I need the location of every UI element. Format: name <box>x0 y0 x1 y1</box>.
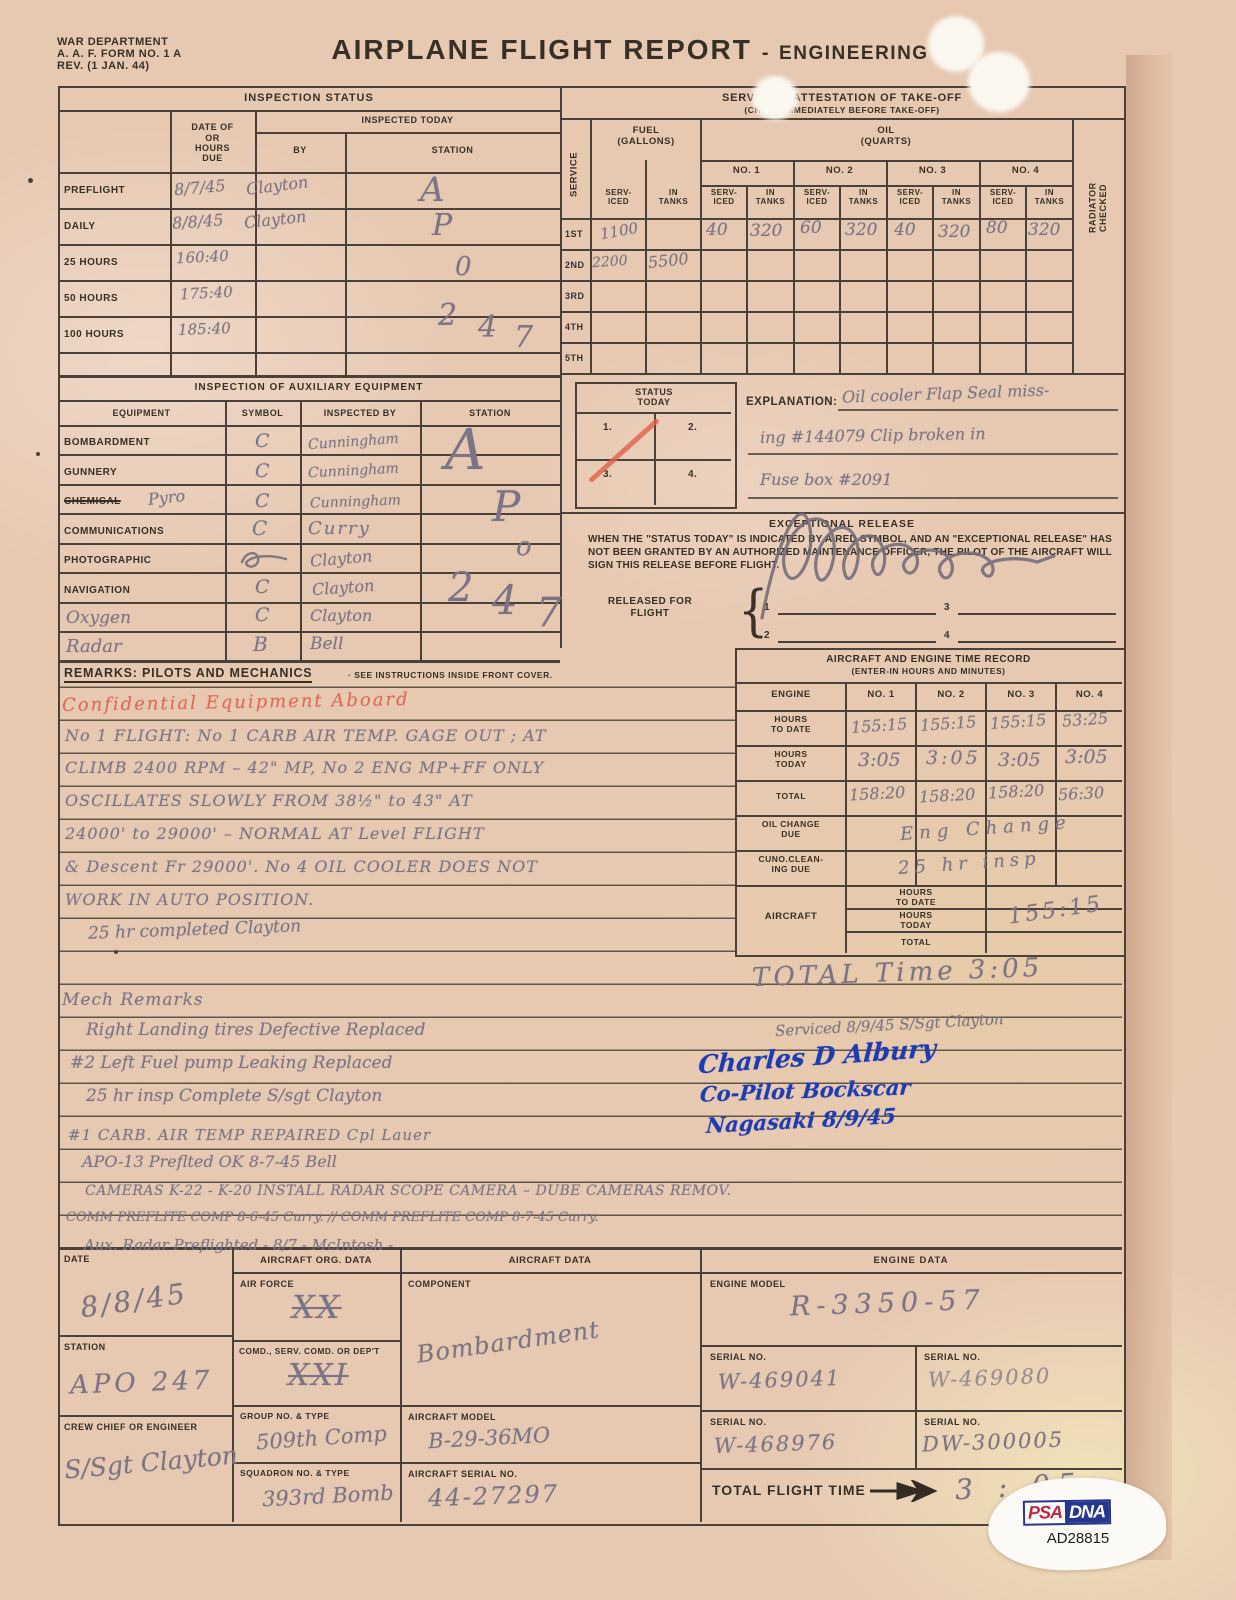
hours-today-entry: 3:05 <box>858 749 901 771</box>
fuel-in-tanks-label: IN TANKS <box>647 188 700 206</box>
grid-line <box>915 1345 917 1468</box>
aux-row-photographic: PHOTOGRAPHIC <box>64 555 152 567</box>
oil-engine-3: NO. 3 <box>886 166 979 177</box>
row-cuno-cleaning-due: CUNO.CLEAN- ING DUE <box>737 855 845 875</box>
aux-inspected-by: Bell <box>310 634 343 654</box>
grid-line <box>58 484 560 486</box>
row-hours-to-date: HOURS TO DATE <box>737 715 845 735</box>
inspection-status-title: INSPECTION STATUS <box>58 92 560 105</box>
grid-line <box>58 602 560 604</box>
col-station: STATION <box>345 145 560 155</box>
aux-title: INSPECTION OF AUXILIARY EQUIPMENT <box>58 382 560 394</box>
grid-line <box>560 280 1072 282</box>
grid-line <box>746 185 748 373</box>
aircraft-total-label: TOTAL <box>847 938 985 948</box>
aircraft-serial-entry: 44-27297 <box>428 1480 560 1513</box>
grid-line <box>400 1462 700 1464</box>
station-label: STATION <box>64 1342 106 1352</box>
status-cell-1: 1. <box>603 422 612 434</box>
grid-line <box>345 132 347 375</box>
aux-row-communications: COMMUNICATIONS <box>64 526 164 538</box>
grid-line <box>58 543 560 545</box>
grid-line <box>232 1462 400 1464</box>
oil-engine-2: NO. 2 <box>793 166 886 177</box>
grid-line <box>58 572 560 574</box>
grid-line <box>560 373 1124 375</box>
rule-line <box>958 641 1116 643</box>
serial-no-label: SERIAL NO. <box>710 1417 766 1427</box>
grid-line <box>560 342 1072 344</box>
flight-report-scan: { "header": { "agency": "WAR DEPARTMENT"… <box>0 0 1236 1600</box>
time-record-subtitle: (ENTER-IN HOURS AND MINUTES) <box>737 667 1120 677</box>
pilot-signature-scrawl <box>732 458 1082 638</box>
service-row-4th: 4TH <box>565 322 584 332</box>
chemical-pyro-note: Pyro <box>147 486 186 509</box>
fuel-header: FUEL (GALLONS) <box>592 126 700 148</box>
grid-line <box>255 132 560 134</box>
oil4-serviced-label: SERV- ICED <box>981 188 1025 206</box>
remarks-line: OSCILLATES SLOWLY FROM 38½" to 43" AT <box>65 791 473 810</box>
grid-line <box>737 682 1122 684</box>
row-oil-change-due: OIL CHANGE DUE <box>737 820 845 840</box>
grid-line <box>737 780 1122 782</box>
paper-hole <box>752 76 798 120</box>
grid-line <box>232 1247 234 1522</box>
time-col-no2: NO. 2 <box>917 690 985 701</box>
aux-row-chemical: CHEMICAL <box>64 496 121 508</box>
lower-note-2: APO-13 Preflted OK 8-7-45 Bell <box>82 1152 337 1171</box>
aircraft-hours-today-label: HOURS TODAY <box>847 911 985 931</box>
grid-line <box>58 1415 232 1417</box>
col-by: BY <box>255 145 345 155</box>
remarks-title: REMARKS: PILOTS AND MECHANICS <box>64 666 312 683</box>
total-entry: 158:20 <box>849 783 906 805</box>
aux-station-char: 7 <box>536 590 561 636</box>
form-number: A. A. F. FORM NO. 1 A <box>57 48 182 61</box>
photographic-symbol-scribble <box>238 548 290 572</box>
hours-to-date-entry: 155:15 <box>850 714 907 737</box>
row-50-hours: 50 HOURS <box>64 293 118 305</box>
grid-line <box>1055 682 1057 885</box>
aux-row-gunnery: GUNNERY <box>64 467 117 479</box>
aux-symbol: C <box>255 460 270 482</box>
col-date-of-hours-due: DATE OF OR HOURS DUE <box>170 116 255 170</box>
oil1-in-tanks-label: IN TANKS <box>748 188 793 206</box>
lower-note-5: Aux. Radar Preflighted - 8/7 - McIntosh … <box>84 1236 393 1254</box>
grid-line <box>590 118 592 373</box>
row-hours-today: HOURS TODAY <box>737 750 845 770</box>
fuel-serviced-label: SERV- ICED <box>592 188 645 206</box>
grid-line <box>1025 185 1027 373</box>
oil-entry: 320 <box>938 222 970 242</box>
total-flight-time-arrow-icon <box>868 1480 938 1502</box>
serial-no-label: SERIAL NO. <box>710 1352 766 1362</box>
service-col-label: SERVICE <box>562 128 588 220</box>
grid-line <box>400 1247 402 1522</box>
total-entry: 158:20 <box>988 781 1045 803</box>
oil-entry: 320 <box>1028 220 1060 240</box>
oil-entry: 60 <box>800 218 822 238</box>
aux-col-by: INSPECTED BY <box>300 408 420 418</box>
hours-today-entry: 3:05 <box>998 749 1041 771</box>
grid-line <box>700 185 1072 187</box>
grid-line <box>737 850 1122 852</box>
aux-row-bombardment: BOMBARDMENT <box>64 437 150 449</box>
engine-serial-3: W-468976 <box>714 1430 838 1458</box>
aux-symbol: C <box>255 576 270 598</box>
aux-row-radar: Radar <box>66 636 122 657</box>
grid-line <box>232 1272 1122 1274</box>
oil2-serviced-label: SERV- ICED <box>795 188 839 206</box>
grid-line <box>700 118 702 373</box>
remarks-line: CLIMB 2400 RPM – 42" MP, No 2 ENG MP+FF … <box>65 758 544 777</box>
aircraft-org-data-title: AIRCRAFT ORG. DATA <box>232 1256 400 1267</box>
explanation-label: EXPLANATION: <box>746 396 837 409</box>
crew-chief-label: CREW CHIEF OR ENGINEER <box>64 1422 198 1432</box>
grid-line <box>700 1410 1122 1412</box>
engine-model-label: ENGINE MODEL <box>710 1279 786 1289</box>
grid-line <box>58 172 560 174</box>
serial-no-label: SERIAL NO. <box>924 1352 980 1362</box>
grid-line <box>58 1335 232 1337</box>
station-digit: 4 <box>478 310 497 345</box>
oil-engine-1: NO. 1 <box>700 166 793 177</box>
grid-line <box>560 311 1072 313</box>
grid-line <box>58 244 560 246</box>
oil-entry: 40 <box>894 220 916 240</box>
rule-line <box>838 409 1118 411</box>
dna-logo-text: DNA <box>1065 1501 1109 1523</box>
group-label: GROUP NO. & TYPE <box>240 1412 330 1422</box>
aux-station-char: A <box>445 418 485 483</box>
aux-symbol: C <box>255 430 270 452</box>
aircraft-hours-to-date-label: HOURS TO DATE <box>847 888 985 908</box>
grid-line <box>232 1405 400 1407</box>
status-cell-4: 4. <box>688 469 697 481</box>
psa-dna-logo: PSA DNA <box>1023 1499 1111 1526</box>
grid-line <box>58 280 560 282</box>
remarks-line: 24000' to 29000' – NORMAL AT Level FLIGH… <box>65 824 485 843</box>
grid-line <box>420 400 422 660</box>
aircraft-model-label: AIRCRAFT MODEL <box>408 1412 496 1422</box>
row-100-hours: 100 HOURS <box>64 329 124 341</box>
remarks-subtitle: · SEE INSTRUCTIONS INSIDE FRONT COVER. <box>348 671 553 681</box>
comd-label: COMD., SERV. COMD. OR DEP'T <box>239 1347 380 1357</box>
grid-line <box>700 1247 702 1522</box>
grid-line <box>839 185 841 373</box>
date-label: DATE <box>64 1254 90 1264</box>
grid-line <box>560 118 1124 120</box>
hours-today-entry: 3:05 <box>1065 746 1108 768</box>
lower-note-3: CAMERAS K-22 - K-20 INSTALL RADAR SCOPE … <box>85 1183 732 1199</box>
aux-symbol: C <box>252 516 267 540</box>
engine-serial-4: DW-300005 <box>922 1428 1065 1457</box>
hours-100-entry: 185:40 <box>178 319 231 339</box>
grid-line <box>577 459 731 461</box>
page-title-suffix: ENGINEERING <box>779 43 929 65</box>
remarks-line: WORK IN AUTO POSITION. <box>65 890 314 909</box>
aux-station-char: 2 <box>448 565 473 611</box>
aux-row-navigation: NAVIGATION <box>64 585 130 597</box>
engine-serial-1: W-469041 <box>718 1366 842 1394</box>
service-row-3rd: 3RD <box>565 291 585 301</box>
aux-inspected-by: Curry <box>308 518 371 539</box>
form-agency: WAR DEPARTMENT <box>57 36 168 49</box>
aircraft-data-title: AIRCRAFT DATA <box>400 1256 700 1267</box>
air-force-label: AIR FORCE <box>240 1279 294 1289</box>
paper-speck <box>36 452 40 456</box>
aux-col-station: STATION <box>420 408 560 418</box>
grid-line <box>300 400 302 660</box>
preflight-station-entry: A <box>420 170 445 210</box>
grid-line <box>58 208 560 210</box>
aux-inspected-by: Clayton <box>310 606 372 625</box>
aux-inspected-by: Cunningham <box>310 492 401 511</box>
aux-col-symbol: SYMBOL <box>225 408 300 418</box>
grid-line <box>225 400 227 660</box>
mech-line-3: 25 hr insp Complete S/sgt Clayton <box>86 1086 382 1106</box>
daily-station-entry: P <box>432 208 452 243</box>
aux-symbol: C <box>255 604 270 626</box>
col-inspected-today: INSPECTED TODAY <box>255 115 560 125</box>
component-label: COMPONENT <box>408 1279 471 1289</box>
row-daily: DAILY <box>64 221 96 233</box>
lower-note-1: #1 CARB. AIR TEMP REPAIRED Cpl Lauer <box>68 1126 431 1144</box>
psa-logo-text: PSA <box>1025 1502 1065 1524</box>
grid-line <box>58 400 560 402</box>
oil-entry: 320 <box>750 221 782 241</box>
engine-data-title: ENGINE DATA <box>700 1256 1122 1267</box>
aux-row-oxygen: Oxygen <box>66 608 131 628</box>
grid-line <box>232 1340 400 1342</box>
comd-entry: XXI <box>288 1358 349 1393</box>
total-flight-time-label: TOTAL FLIGHT TIME <box>712 1482 866 1498</box>
engine-serial-2: W-469080 <box>928 1364 1052 1392</box>
hours-25-entry: 160:40 <box>176 247 230 268</box>
aircraft-serial-label: AIRCRAFT SERIAL NO. <box>408 1469 517 1479</box>
station-digit: 2 <box>438 298 457 333</box>
station-digit: 0 <box>455 252 472 282</box>
oil3-in-tanks-label: IN TANKS <box>934 188 979 206</box>
paper-hole <box>968 52 1030 112</box>
oil4-in-tanks-label: IN TANKS <box>1027 188 1072 206</box>
remarks-line: & Descent Fr 29000'. No 4 OIL COOLER DOE… <box>65 857 538 876</box>
status-cell-2: 2. <box>688 422 697 434</box>
rule-line <box>778 641 936 643</box>
oil-entry: 40 <box>706 220 728 240</box>
aux-station-char: P <box>492 482 520 531</box>
oil-engine-4: NO. 4 <box>979 166 1072 177</box>
aux-symbol: B <box>253 632 268 656</box>
explanation-line-2: ing #144079 Clip broken in <box>760 424 986 447</box>
total-entry: 158:20 <box>919 785 976 807</box>
grid-line <box>932 185 934 373</box>
service-row-1st: 1ST <box>565 229 583 239</box>
grid-line <box>915 682 917 885</box>
time-col-no3: NO. 3 <box>987 690 1055 701</box>
air-force-entry: XX <box>292 1288 342 1326</box>
mech-remarks-heading: Mech Remarks <box>62 990 204 1010</box>
time-col-no1: NO. 1 <box>847 690 915 701</box>
hours-today-entry: 3:05 <box>926 747 981 769</box>
serial-no-label: SERIAL NO. <box>924 1417 980 1427</box>
page-title-sep: - <box>762 42 769 65</box>
station-digit: 7 <box>514 320 533 355</box>
grid-line <box>560 249 1072 251</box>
total-entry: 56:30 <box>1058 783 1105 804</box>
status-today-title: STATUS TODAY <box>577 387 731 408</box>
servicing-subtitle: (CHECK IMMEDIATELY BEFORE TAKE-OFF) <box>560 106 1124 116</box>
page-edge <box>1126 55 1172 1560</box>
hours-50-entry: 175:40 <box>180 283 234 304</box>
grid-line <box>58 352 560 354</box>
grid-line <box>700 1345 1122 1347</box>
row-preflight: PREFLIGHT <box>64 185 125 197</box>
oil1-serviced-label: SERV- ICED <box>702 188 746 206</box>
grid-line <box>58 375 560 378</box>
station-entry: APO 247 <box>70 1366 214 1401</box>
released-for-flight-label: RELEASED FOR FLIGHT <box>590 596 710 619</box>
aux-col-equipment: EQUIPMENT <box>58 408 225 418</box>
page-title: AIRPLANE FLIGHT REPORT - ENGINEERING <box>290 34 970 66</box>
mech-line-2: #2 Left Fuel pump Leaking Replaced <box>70 1053 392 1073</box>
form-revision: REV. (1 JAN. 44) <box>57 60 150 73</box>
aux-station-char: o <box>516 532 532 562</box>
fuel-serviced-2nd: 2200 <box>591 253 628 271</box>
grid-line <box>58 513 560 515</box>
aux-station-char: 4 <box>492 578 517 624</box>
grid-line <box>1072 118 1074 373</box>
grid-line <box>58 631 560 633</box>
service-row-5th: 5TH <box>565 353 584 363</box>
oil2-in-tanks-label: IN TANKS <box>841 188 886 206</box>
oil-entry: 320 <box>845 220 877 240</box>
mech-line-1: Right Landing tires Defective Replaced <box>86 1020 426 1040</box>
page-title-main: AIRPLANE FLIGHT REPORT <box>331 34 751 66</box>
paper-speck <box>114 950 118 954</box>
daily-date-entry: 8/8/45 <box>171 210 224 233</box>
oil3-serviced-label: SERV- ICED <box>888 188 932 206</box>
grid-line <box>58 110 560 112</box>
radiator-checked-label: RADIATOR CHECKED <box>1078 128 1118 288</box>
grid-line <box>847 931 1122 933</box>
paper-speck <box>28 178 33 183</box>
squadron-label: SQUADRON NO. & TYPE <box>240 1469 350 1479</box>
hours-to-date-entry: 155:15 <box>919 712 976 735</box>
rule-line <box>748 453 1118 455</box>
service-row-2nd: 2ND <box>565 260 585 270</box>
time-record-title: AIRCRAFT AND ENGINE TIME RECORD <box>737 654 1120 666</box>
engine-col-label: ENGINE <box>737 690 845 701</box>
remarks-line: No 1 FLIGHT: No 1 CARB AIR TEMP. GAGE OU… <box>65 726 547 745</box>
aux-symbol: C <box>255 490 270 512</box>
aircraft-group-label: AIRCRAFT <box>737 912 845 923</box>
time-col-no4: NO. 4 <box>1057 690 1122 701</box>
cert-number: AD28815 <box>1023 1530 1133 1547</box>
row-25-hours: 25 HOURS <box>64 257 118 269</box>
servicing-title: SERVICING ATTESTATION OF TAKE-OFF <box>560 92 1124 105</box>
hours-to-date-entry: 53:25 <box>1061 708 1108 730</box>
oil-header: OIL (QUARTS) <box>700 126 1072 148</box>
oil-entry: 80 <box>986 218 1008 238</box>
grid-line <box>400 1405 700 1407</box>
hours-to-date-entry: 155:15 <box>989 710 1046 733</box>
lower-note-4: COMM PREFLITE COMP 8-6-45 Curry. // COMM… <box>66 1210 599 1225</box>
row-total: TOTAL <box>737 792 845 802</box>
